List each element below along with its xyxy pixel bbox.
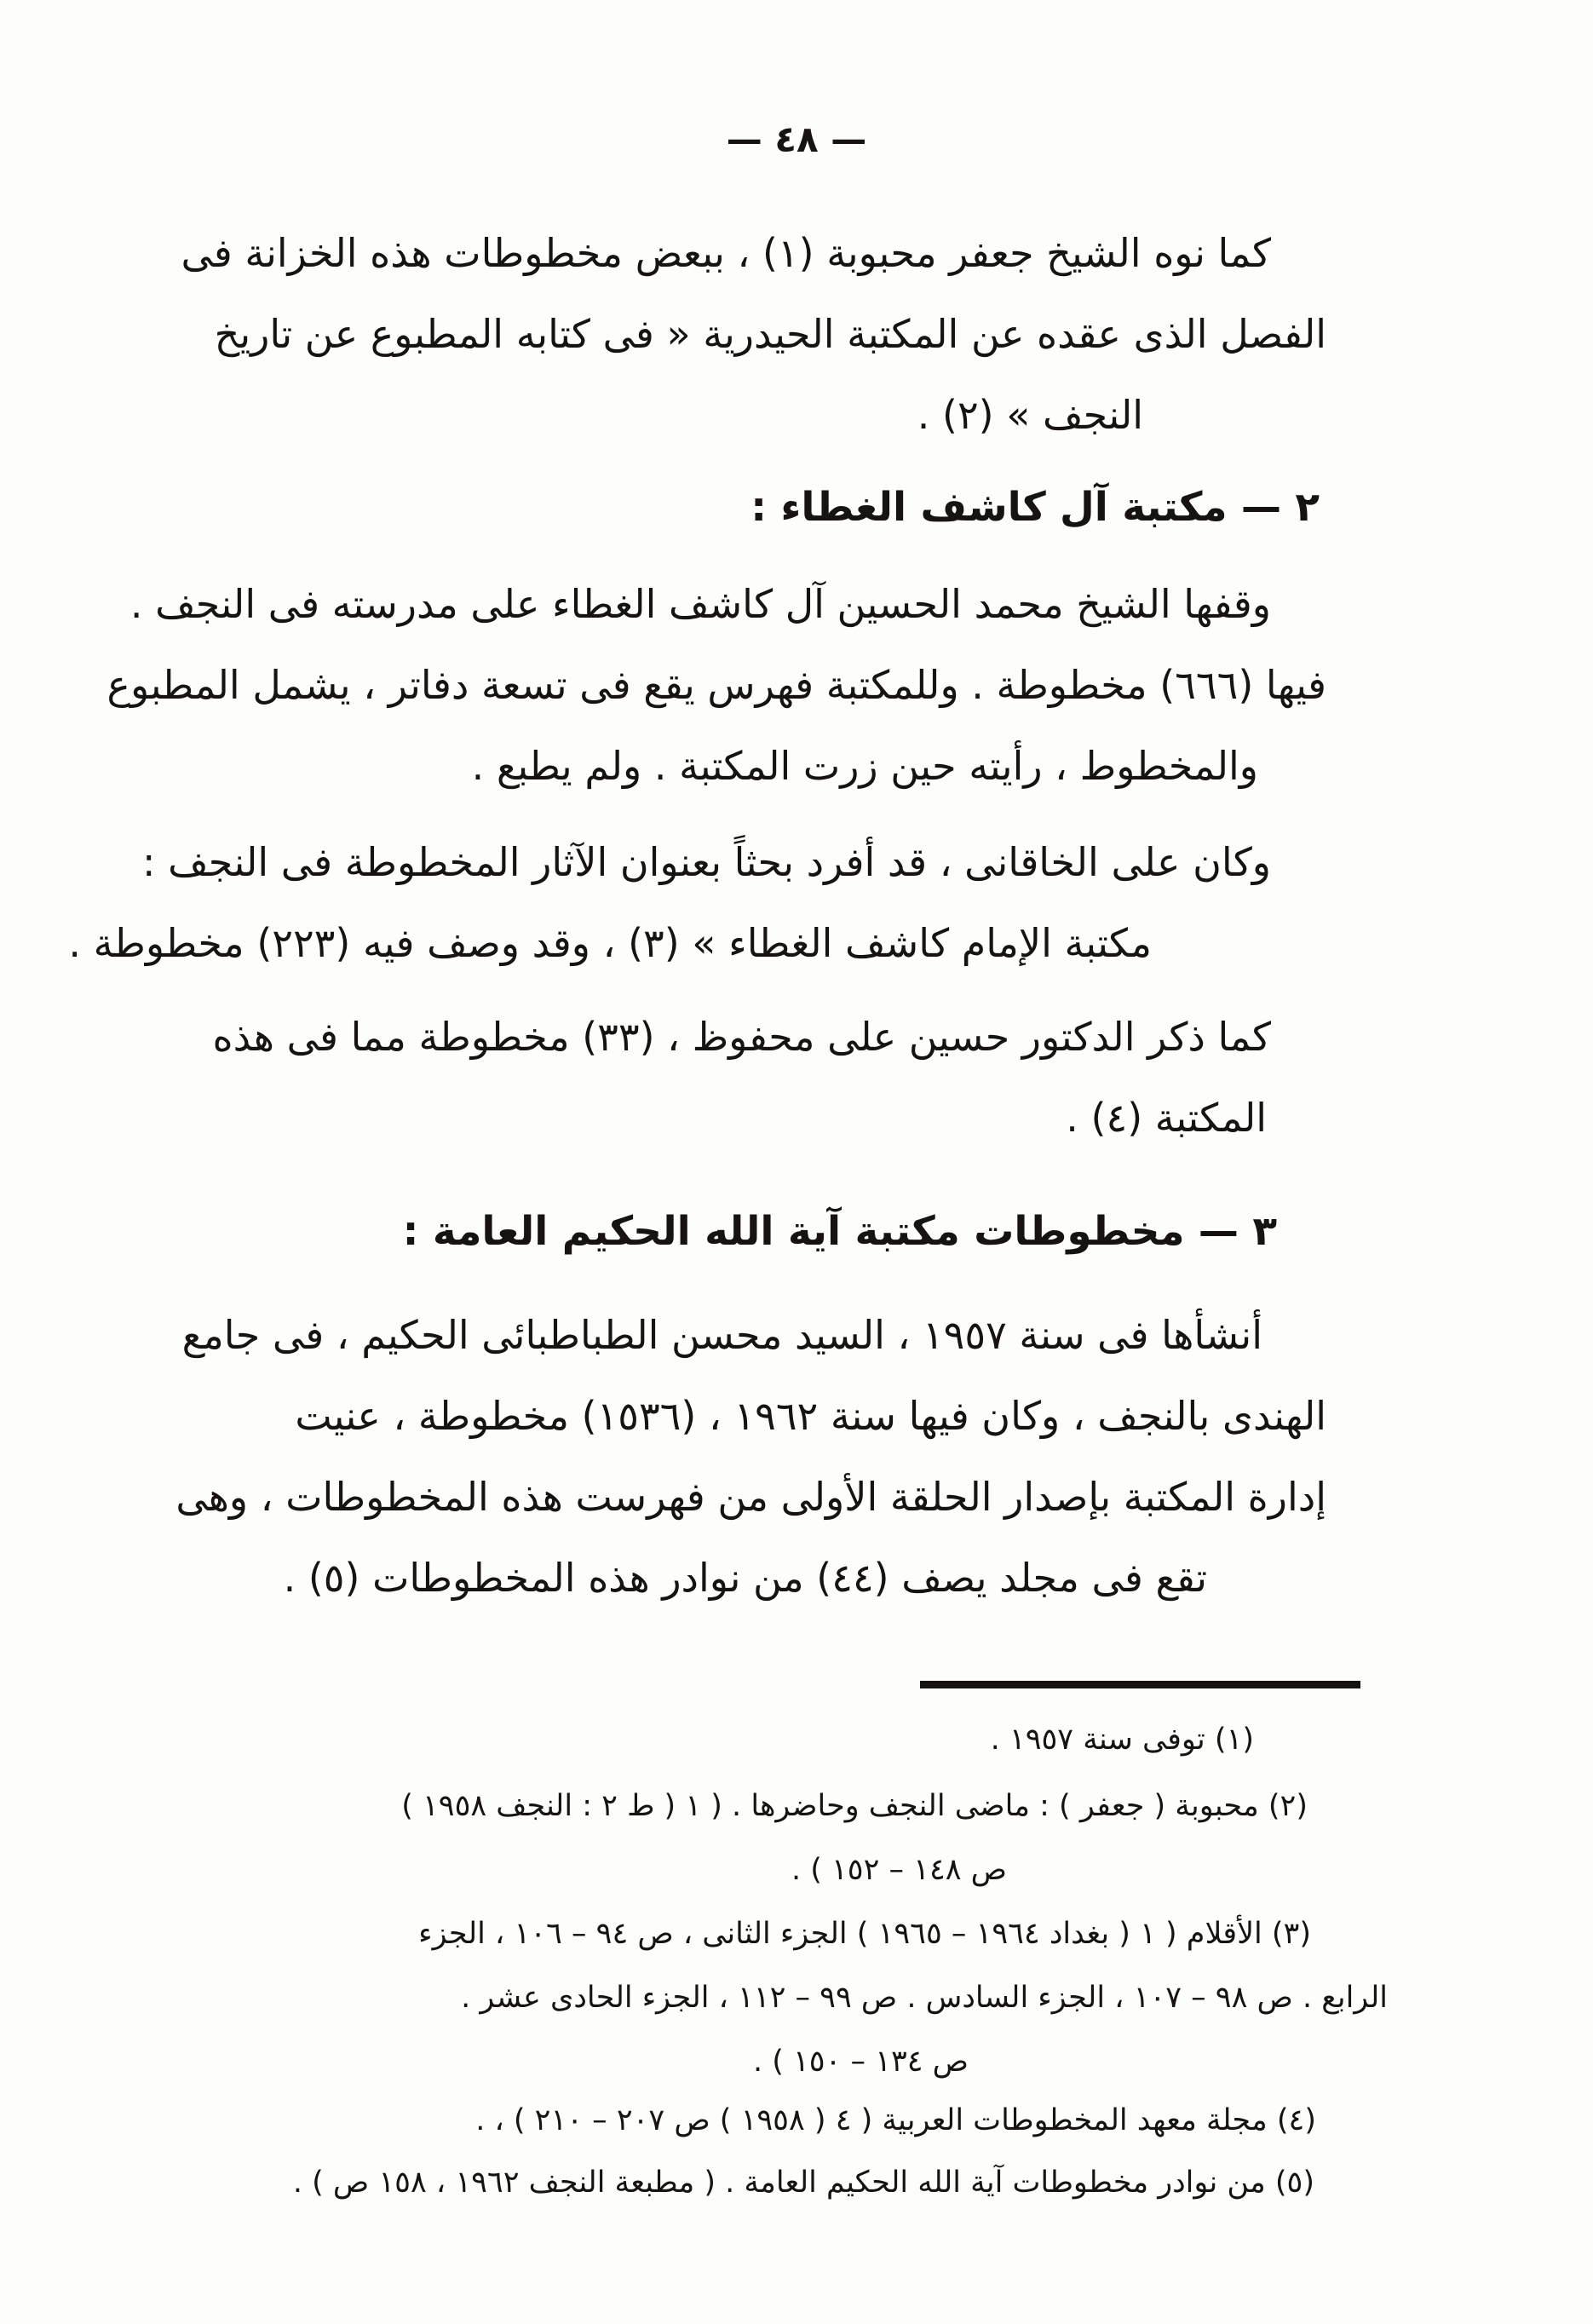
footnote-line: (٣) الأقلام ( ١ ( بغداد ١٩٦٤ – ١٩٦٥ ) ال… [228,1902,1326,1966]
section-heading-text: ٣ — مخطوطات مكتبة آية الله الحكيم العامة… [228,1191,1326,1272]
footnote-line: (٤) مجلة معهد المخطوطات العربية ( ٤ ( ١٩… [228,2089,1326,2153]
footnote-3: (٣) الأقلام ( ١ ( بغداد ١٩٦٤ – ١٩٦٥ ) ال… [228,1902,1326,2094]
footnote-line: ص ١٣٤ – ١٥٠ ) . [228,2030,1326,2094]
body-line: وكان على الخاقانى ، قد أفرد بحثاً بعنوان… [228,822,1326,903]
footnote-4: (٤) مجلة معهد المخطوطات العربية ( ٤ ( ١٩… [228,2089,1326,2153]
footnote-line: (٥) من نوادر مخطوطات آية الله الحكيم الع… [228,2151,1326,2215]
body-line: الفصل الذى عقده عن المكتبة الحيدرية « فى… [228,294,1326,375]
section-heading-hakim-library: ٣ — مخطوطات مكتبة آية الله الحكيم العامة… [228,1191,1326,1272]
footnote-5: (٥) من نوادر مخطوطات آية الله الحكيم الع… [228,2151,1326,2215]
footnote-1: (١) توفى سنة ١٩٥٧ . [228,1708,1326,1772]
body-line: الهندى بالنجف ، وكان فيها سنة ١٩٦٢ ، (١٥… [228,1376,1326,1457]
body-line: أنشأها فى سنة ١٩٥٧ ، السيد محسن الطباطبا… [228,1295,1326,1376]
paragraph-1: كما نوه الشيخ جعفر محبوبة (١) ، ببعض مخط… [228,213,1326,456]
body-line: وقفها الشيخ محمد الحسين آل كاشف الغطاء ع… [228,564,1326,645]
page-number: — ٤٨ — [0,112,1593,167]
footnote-line: (٢) محبوبة ( جعفر ) : ماضى النجف وحاضرها… [228,1775,1326,1838]
paragraph-5: أنشأها فى سنة ١٩٥٧ ، السيد محسن الطباطبا… [228,1295,1326,1619]
body-line: المكتبة (٤) . [228,1078,1326,1159]
section-heading-text: ٢ — مكتبة آل كاشف الغطاء : [228,467,1326,548]
paragraph-4: كما ذكر الدكتور حسين على محفوظ ، (٣٣) مخ… [228,997,1326,1159]
footnote-2: (٢) محبوبة ( جعفر ) : ماضى النجف وحاضرها… [228,1775,1326,1902]
footnote-line: (١) توفى سنة ١٩٥٧ . [228,1708,1326,1772]
body-line: والمخطوط ، رأيته حين زرت المكتبة . ولم ي… [228,726,1326,807]
paragraph-3: وكان على الخاقانى ، قد أفرد بحثاً بعنوان… [228,822,1326,984]
body-line: تقع فى مجلد يصف (٤٤) من نوادر هذه المخطو… [228,1538,1326,1619]
body-line: كما نوه الشيخ جعفر محبوبة (١) ، ببعض مخط… [228,213,1326,294]
section-heading-kashif-library: ٢ — مكتبة آل كاشف الغطاء : [228,467,1326,548]
footnote-line: الرابع . ص ٩٨ – ١٠٧ ، الجزء السادس . ص ٩… [228,1966,1388,2030]
body-line: كما ذكر الدكتور حسين على محفوظ ، (٣٣) مخ… [228,997,1326,1078]
paragraph-2: وقفها الشيخ محمد الحسين آل كاشف الغطاء ع… [228,564,1326,807]
footnote-separator-rule [920,1681,1360,1688]
footnote-line: ص ١٤٨ – ١٥٢ ) . [228,1838,1326,1902]
body-line: النجف » (٢) . [228,375,1326,456]
body-line: مكتبة الإمام كاشف الغطاء » (٣) ، وقد وصف… [228,903,1326,984]
scanned-book-page: — ٤٨ — كما نوه الشيخ جعفر محبوبة (١) ، ب… [0,0,1593,2324]
body-line: فيها (٦٦٦) مخطوطة . وللمكتبة فهرس يقع فى… [228,645,1326,726]
body-line: إدارة المكتبة بإصدار الحلقة الأولى من فه… [228,1457,1326,1538]
